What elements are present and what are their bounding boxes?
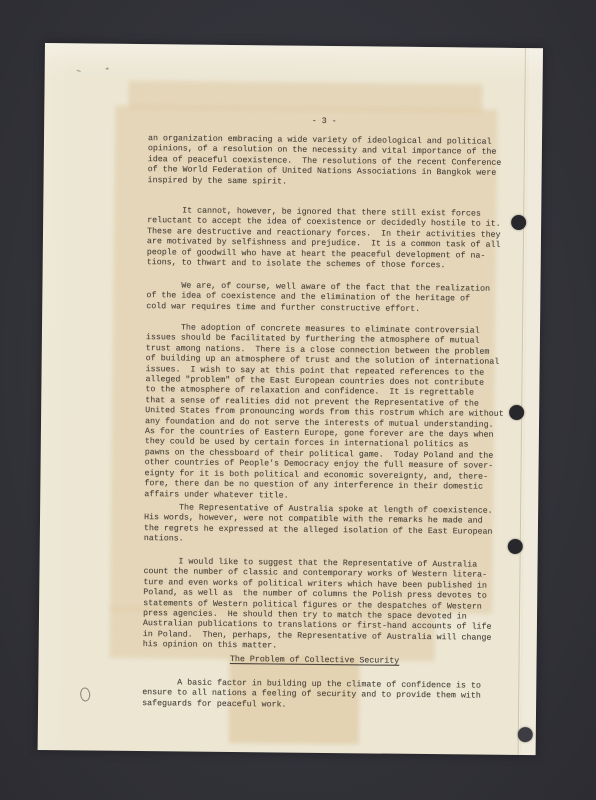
paragraph-5: The Representative of Australia spoke at… xyxy=(144,503,516,549)
paragraph-6: I would like to suggest that the Represe… xyxy=(143,557,516,655)
hole-punch-bottom xyxy=(518,727,533,742)
pencil-speck-1 xyxy=(77,70,81,72)
handwritten-zero-mark xyxy=(80,687,91,702)
pencil-speck-2 xyxy=(106,68,109,70)
scanner-mat-background: - 3 - an organization embracing a wide v… xyxy=(0,0,596,800)
document-page: - 3 - an organization embracing a wide v… xyxy=(38,43,543,755)
section-heading: The Problem of Collective Security xyxy=(142,654,514,668)
paragraph-2: It cannot, however, be ignored that ther… xyxy=(147,206,520,272)
hole-punch-top xyxy=(511,215,526,230)
hole-punch-middle xyxy=(509,405,524,420)
hole-punch-lower xyxy=(508,539,523,554)
paragraph-1: an organization embracing a wide variety… xyxy=(148,134,521,190)
closing-paragraph: A basic factor in building up the climat… xyxy=(142,678,514,713)
paragraph-3: We are, of course, well aware of the fac… xyxy=(146,281,518,316)
paragraph-4: The adoption of concrete measures to eli… xyxy=(144,323,518,504)
